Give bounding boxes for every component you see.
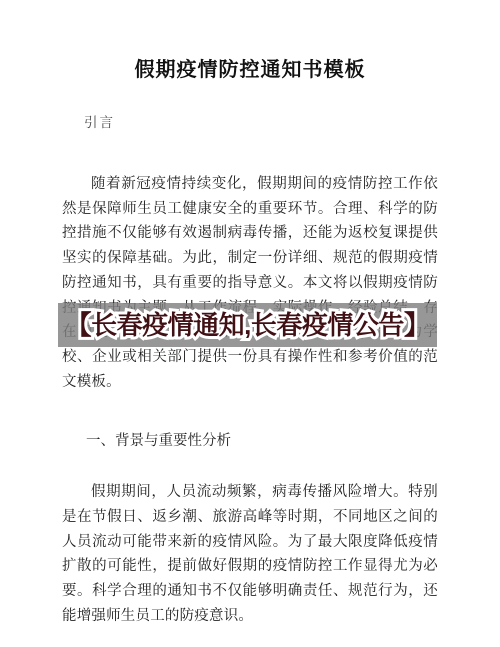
document-page: 假期疫情防控通知书模板 引言 随着新冠疫情持续变化，假期期间的疫情防控工作依然是… [0,0,500,647]
spam-overlay-band: 【长春疫情通知,长春疫情公告】 [58,303,437,347]
paragraph-background-analysis: 假期期间，人员流动频繁，病毒传播风险增大。特别是在节假日、返乡潮、旅游高峰等时期… [62,480,438,628]
spam-overlay-text: 【长春疫情通知,长春疫情公告】 [66,310,430,340]
page-title: 假期疫情防控通知书模板 [0,0,500,83]
paragraph-introduction: 随着新冠疫情持续变化，假期期间的疫情防控工作依然是保障师生员工健康安全的重要环节… [62,172,438,394]
section-heading-background-analysis: 一、背景与重要性分析 [86,431,500,451]
intro-label: 引言 [84,114,500,132]
